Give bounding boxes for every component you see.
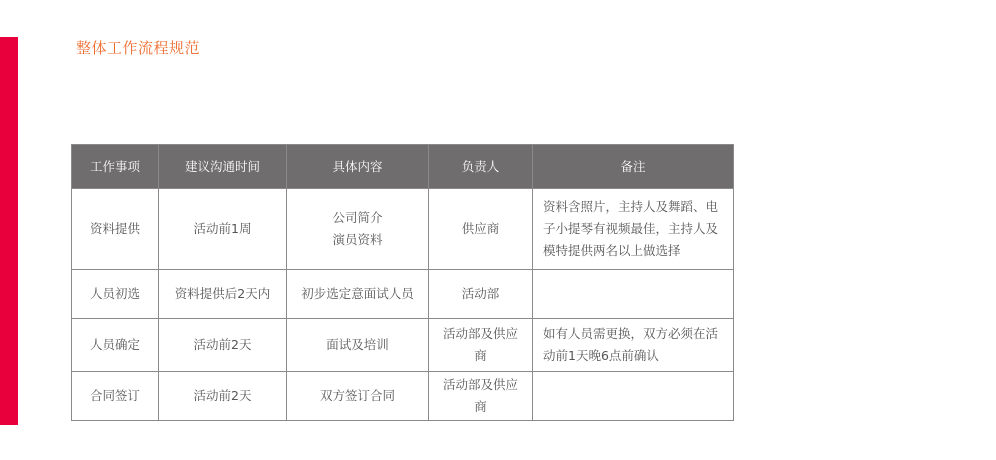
cell-time: 活动前1周 bbox=[159, 189, 287, 270]
cell-owner: 活动部 bbox=[429, 270, 533, 319]
cell-item: 人员确定 bbox=[72, 319, 159, 372]
cell-item: 资料提供 bbox=[72, 189, 159, 270]
cell-owner: 供应商 bbox=[429, 189, 533, 270]
cell-time: 资料提供后2天内 bbox=[159, 270, 287, 319]
cell-owner: 活动部及供应商 bbox=[429, 319, 533, 372]
cell-time: 活动前2天 bbox=[159, 319, 287, 372]
header-owner: 负责人 bbox=[429, 145, 533, 189]
table-row: 资料提供 活动前1周 公司简介 演员资料 供应商 资料含照片，主持人及舞蹈、电子… bbox=[72, 189, 734, 270]
table-row: 人员初选 资料提供后2天内 初步选定意面试人员 活动部 bbox=[72, 270, 734, 319]
cell-item: 人员初选 bbox=[72, 270, 159, 319]
header-note: 备注 bbox=[533, 145, 734, 189]
cell-content: 公司简介 演员资料 bbox=[287, 189, 429, 270]
cell-item: 合同签订 bbox=[72, 372, 159, 421]
cell-note: 如有人员需更换，双方必须在活动前1天晚6点前确认 bbox=[533, 319, 734, 372]
header-item: 工作事项 bbox=[72, 145, 159, 189]
cell-owner: 活动部及供应商 bbox=[429, 372, 533, 421]
table-row: 人员确定 活动前2天 面试及培训 活动部及供应商 如有人员需更换，双方必须在活动… bbox=[72, 319, 734, 372]
cell-time: 活动前2天 bbox=[159, 372, 287, 421]
content-line: 公司简介 bbox=[295, 207, 420, 229]
header-time: 建议沟通时间 bbox=[159, 145, 287, 189]
cell-content: 初步选定意面试人员 bbox=[287, 270, 429, 319]
cell-note bbox=[533, 270, 734, 319]
cell-content: 面试及培训 bbox=[287, 319, 429, 372]
table-header-row: 工作事项 建议沟通时间 具体内容 负责人 备注 bbox=[72, 145, 734, 189]
cell-note bbox=[533, 372, 734, 421]
accent-bar bbox=[0, 37, 18, 425]
cell-content: 双方签订合同 bbox=[287, 372, 429, 421]
table-row: 合同签订 活动前2天 双方签订合同 活动部及供应商 bbox=[72, 372, 734, 421]
header-content: 具体内容 bbox=[287, 145, 429, 189]
content-line: 演员资料 bbox=[295, 229, 420, 251]
workflow-table: 工作事项 建议沟通时间 具体内容 负责人 备注 资料提供 活动前1周 公司简介 … bbox=[71, 144, 734, 421]
cell-note: 资料含照片，主持人及舞蹈、电子小提琴有视频最佳，主持人及模特提供两名以上做选择 bbox=[533, 189, 734, 270]
page-title: 整体工作流程规范 bbox=[76, 37, 200, 59]
